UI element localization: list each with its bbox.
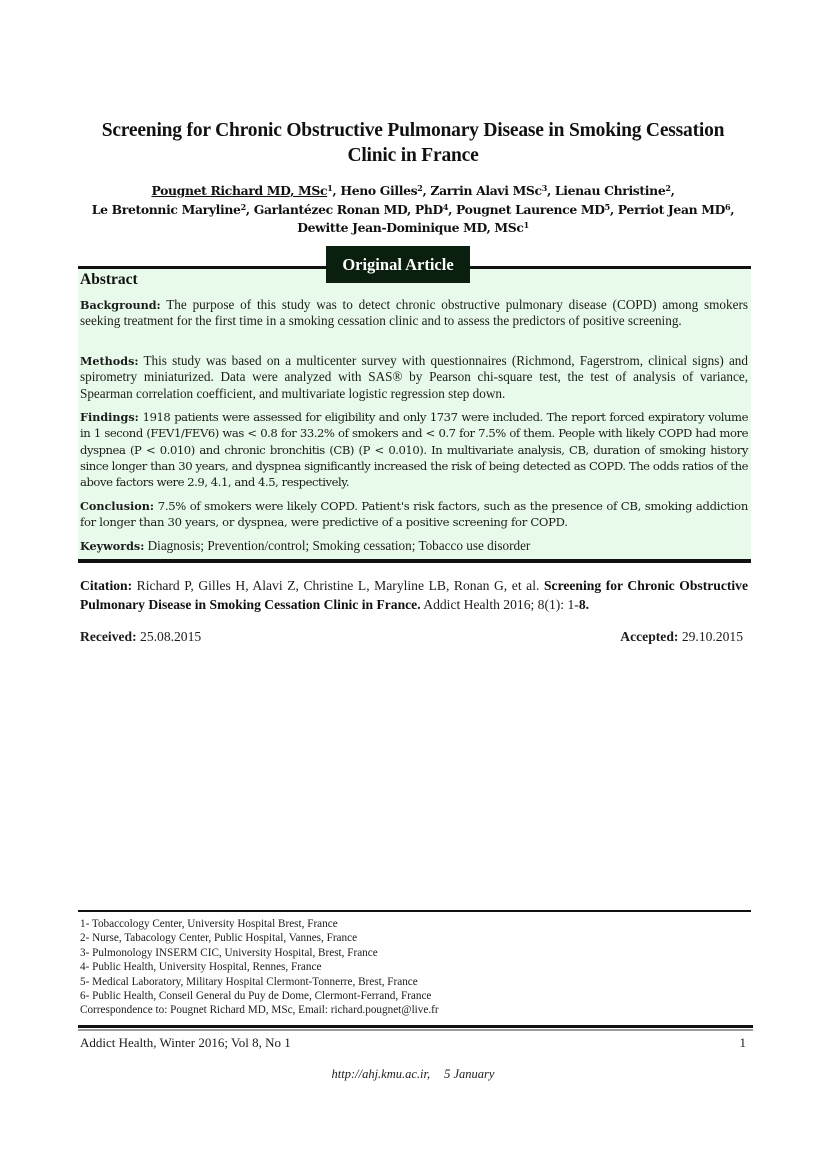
correspondence: Correspondence to: Pougnet Richard MD, M…	[80, 1003, 740, 1017]
footnote-item: 6- Public Health, Conseil General du Puy…	[80, 989, 740, 1003]
author-corresponding: Pougnet Richard MD, MSc	[151, 183, 327, 198]
accepted-date: Accepted: 29.10.2015	[620, 629, 743, 645]
author: Lienau Christine	[555, 183, 665, 198]
citation-authors: Richard P, Gilles H, Alavi Z, Christine …	[132, 578, 544, 593]
abstract-findings: Findings: 1918 patients were assessed fo…	[80, 409, 748, 490]
author: Dewitte Jean-Dominique MD, MSc	[297, 220, 523, 235]
methods-label: Methods:	[80, 354, 139, 368]
background-label: Background:	[80, 298, 161, 312]
author: Perriot Jean MD	[618, 202, 725, 217]
author: Garlantézec Ronan MD, PhD	[254, 202, 443, 217]
abstract-bottom-rule	[78, 559, 751, 563]
journal-issue: Addict Health, Winter 2016; Vol 8, No 1	[80, 1035, 291, 1051]
conclusion-label: Conclusion:	[80, 499, 154, 513]
accepted-label: Accepted:	[620, 629, 678, 644]
methods-text: This study was based on a multicenter su…	[80, 353, 748, 401]
footnote-item: 2- Nurse, Tabacology Center, Public Hosp…	[80, 931, 740, 945]
author: Pougnet Laurence MD	[456, 202, 605, 217]
abstract-conclusion: Conclusion: 7.5% of smokers were likely …	[80, 498, 748, 531]
background-text: The purpose of this study was to detect …	[80, 297, 748, 328]
footnote-item: 4- Public Health, University Hospital, R…	[80, 960, 740, 974]
footnote-item: 1- Tobaccology Center, University Hospit…	[80, 917, 740, 931]
findings-text: 1918 patients were assessed for eligibil…	[80, 410, 748, 489]
author-list: Pougnet Richard MD, MSc1, Heno Gilles2, …	[60, 182, 766, 238]
footnote-rule	[78, 910, 751, 912]
page-footer-url: http://ahj.kmu.ac.ir,5 January	[0, 1067, 826, 1082]
keywords-label: Keywords:	[80, 539, 144, 553]
article-title: Screening for Chronic Obstructive Pulmon…	[80, 118, 746, 168]
citation-journal: Addict Health 2016; 8(1): 1-	[421, 597, 579, 612]
citation-label: Citation:	[80, 578, 132, 593]
footnote-item: 3- Pulmonology INSERM CIC, University Ho…	[80, 946, 740, 960]
received-date: Received: 25.08.2015	[80, 629, 201, 645]
keywords-text: Diagnosis; Prevention/control; Smoking c…	[144, 538, 530, 553]
footer-rule-secondary	[78, 1029, 753, 1031]
received-value: 25.08.2015	[137, 629, 202, 644]
abstract-background: Background: The purpose of this study wa…	[80, 297, 748, 330]
conclusion-text: 7.5% of smokers were likely COPD. Patien…	[80, 499, 748, 529]
footer-date: 5 January	[444, 1067, 494, 1081]
accepted-value: 29.10.2015	[678, 629, 743, 644]
author: Zarrin Alavi MSc	[430, 183, 541, 198]
journal-url[interactable]: http://ahj.kmu.ac.ir,	[332, 1067, 431, 1081]
abstract-keywords: Keywords: Diagnosis; Prevention/control;…	[80, 538, 748, 554]
author: Heno Gilles	[340, 183, 417, 198]
author: Le Bretonnic Maryline	[92, 202, 241, 217]
page-number: 1	[740, 1035, 747, 1051]
abstract-heading: Abstract	[80, 271, 138, 289]
abstract-methods: Methods: This study was based on a multi…	[80, 353, 748, 402]
received-label: Received:	[80, 629, 137, 644]
findings-label: Findings:	[80, 410, 139, 424]
footer-rule	[78, 1025, 753, 1028]
citation-pages-end: 8.	[579, 597, 589, 612]
article-type-badge: Original Article	[326, 246, 470, 283]
footnote-item: 5- Medical Laboratory, Military Hospital…	[80, 975, 740, 989]
affiliations-footnotes: 1- Tobaccology Center, University Hospit…	[80, 917, 740, 1018]
citation: Citation: Richard P, Gilles H, Alavi Z, …	[80, 577, 748, 614]
